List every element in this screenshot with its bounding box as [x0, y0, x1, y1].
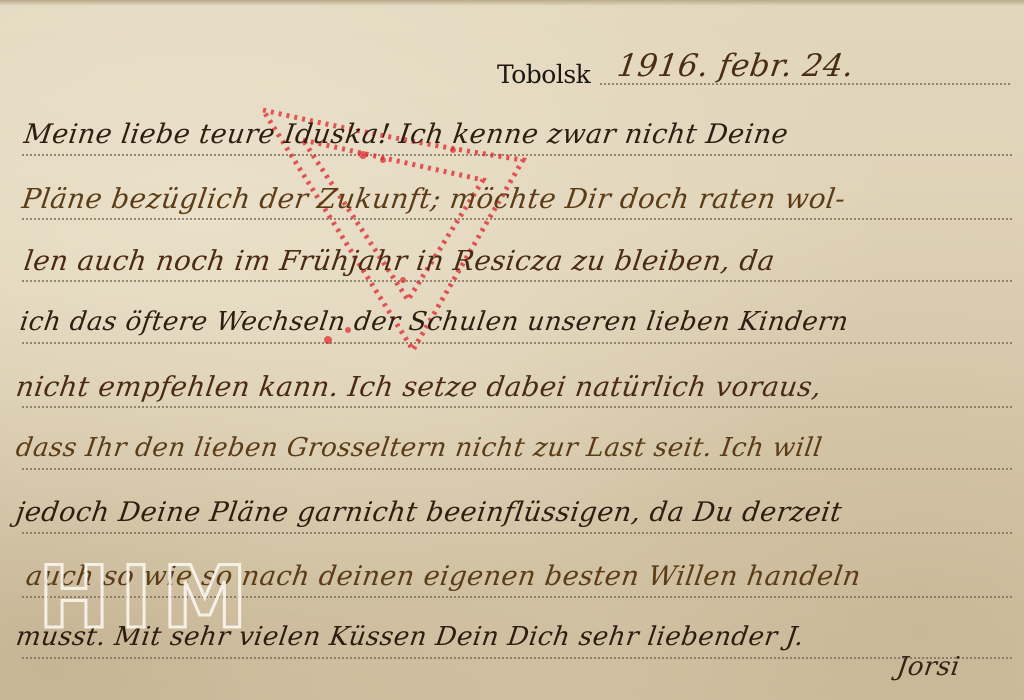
ruling-line-3 [22, 280, 1012, 282]
letter-line-5: nicht empfehlen kann. Ich setze dabei na… [14, 371, 824, 403]
ruling-line-4 [22, 342, 1012, 344]
ruling-line-2 [22, 218, 1012, 220]
letter-line-6: dass Ihr den lieben Grosseltern nicht zu… [14, 433, 824, 463]
ruling-line-5 [22, 406, 1012, 408]
letter-line-2: Pläne bezüglich der Zukunft; möchte Dir … [20, 183, 848, 215]
handwritten-date: 1916. febr. 24. [615, 48, 856, 84]
ruling-line-7 [22, 532, 1012, 534]
ruling-line-9 [22, 657, 1012, 659]
letter-line-3: len auch noch im Frühjahr in Resicza zu … [22, 245, 777, 277]
printed-place-label: Tobolsk [497, 60, 590, 89]
signature: Jorsi [895, 652, 962, 682]
letter-line-4: ich das öftere Wechseln der Schulen unse… [18, 307, 850, 337]
ruling-line-1 [22, 154, 1012, 156]
letter-line-1: Meine liebe teure Iduska! Ich kenne zwar… [22, 119, 790, 150]
letter-line-7: jedoch Deine Pläne garnicht beeinflüssig… [14, 497, 844, 528]
ruling-line-6 [22, 468, 1012, 470]
postcard: Tobolsk 1916. febr. 24. Meine liebe teur… [0, 0, 1024, 700]
archive-watermark: HIM [38, 555, 258, 641]
